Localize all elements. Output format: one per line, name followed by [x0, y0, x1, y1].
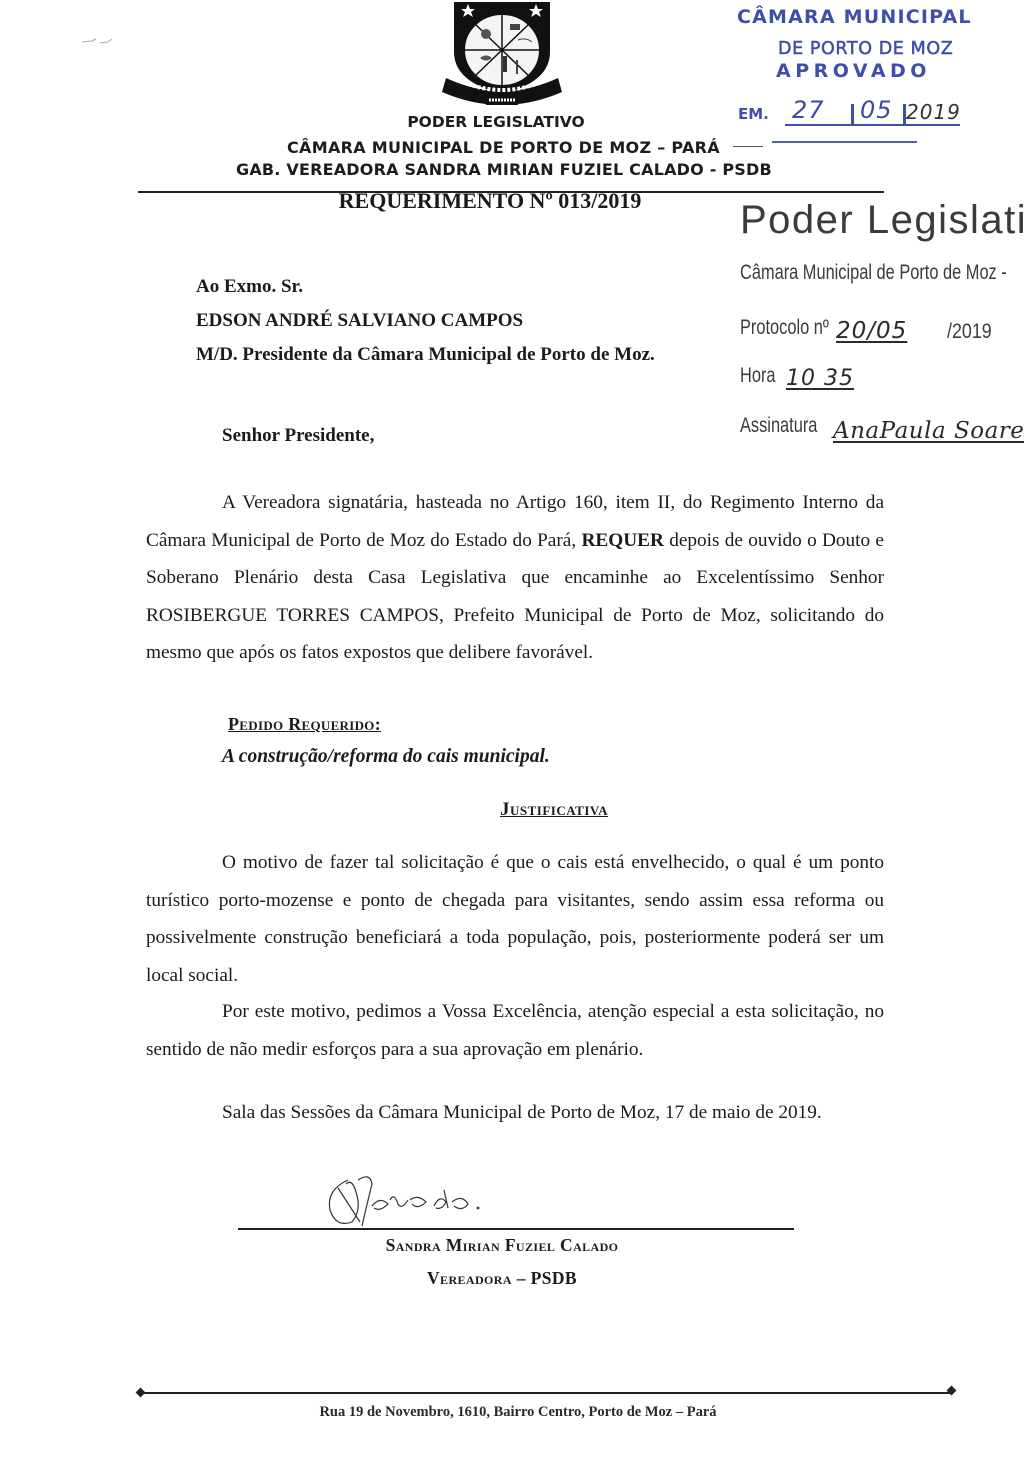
- request-text: A construção/reforma do cais municipal.: [222, 746, 550, 768]
- approval-stamp-year: 2019: [906, 100, 961, 124]
- approval-stamp-underline: [772, 141, 917, 143]
- header-dash-mark: [733, 146, 763, 147]
- protocol-hour-label: Hora: [740, 364, 776, 388]
- protocol-hour-value: 10 35: [786, 366, 854, 391]
- footer-divider: [142, 1392, 952, 1394]
- request-label: Pedido Requerido:: [228, 714, 381, 735]
- protocol-signature-label: Assinatura: [740, 414, 817, 438]
- addressee-name: EDSON ANDRÉ SALVIANO CAMPOS: [196, 310, 523, 332]
- justification-title: Justificativa: [0, 799, 1024, 821]
- protocol-year-value: /2019: [947, 320, 992, 344]
- protocol-stamp-title: Poder Legislati: [740, 198, 1024, 243]
- protocol-number-value: 20/05: [836, 318, 907, 344]
- signatory-role: Vereadora – PSDB: [0, 1268, 1024, 1289]
- handwritten-signature-icon: [318, 1170, 538, 1230]
- approval-stamp-line1: CÂMARA MUNICIPAL: [737, 6, 972, 28]
- approval-stamp-date-line: [785, 124, 960, 126]
- header-camara-municipal: CÂMARA MUNICIPAL DE PORTO DE MOZ – PARÁ: [287, 138, 720, 157]
- approval-stamp-day: 27: [792, 96, 825, 124]
- signatory-name: Sandra Mirian Fuziel Calado: [0, 1235, 1024, 1256]
- footer-address: Rua 19 de Novembro, 1610, Bairro Centro,…: [0, 1404, 1024, 1421]
- addressee-title: M/D. Presidente da Câmara Municipal de P…: [196, 344, 655, 366]
- protocol-stamp-subtitle: Câmara Municipal de Porto de Moz -: [740, 261, 1007, 285]
- protocol-number-label: Protocolo nº: [740, 316, 829, 340]
- justification-paragraph: Por este motivo, pedimos a Vossa Excelên…: [146, 993, 884, 1068]
- signature-line: [238, 1228, 794, 1230]
- approval-stamp-em-label: EM.: [738, 105, 769, 123]
- salutation: Senhor Presidente,: [222, 425, 374, 447]
- approval-stamp-separator: [851, 104, 854, 126]
- request-paragraph: A Vereadora signatária, hasteada no Arti…: [146, 484, 884, 672]
- approval-stamp-status: APROVADO: [776, 60, 931, 82]
- approval-stamp-line2: DE PORTO DE MOZ: [778, 39, 953, 59]
- footer-diamond-icon: [136, 1388, 146, 1398]
- approval-stamp-separator: [903, 104, 906, 126]
- approval-stamp-month: 05: [860, 96, 893, 124]
- justification-paragraph: O motivo de fazer tal solicitação é que …: [146, 844, 884, 994]
- addressee-greeting: Ao Exmo. Sr.: [196, 276, 303, 298]
- protocol-signature-value: AnaPaula Soare: [833, 418, 1024, 444]
- scan-smudge: [82, 36, 122, 46]
- request-keyword: REQUER: [581, 530, 664, 551]
- municipal-coat-of-arms-icon: [440, 0, 564, 108]
- closing-line: Sala das Sessões da Câmara Municipal de …: [222, 1102, 822, 1124]
- header-gabinete: GAB. VEREADORA SANDRA MIRIAN FUZIEL CALA…: [236, 160, 772, 179]
